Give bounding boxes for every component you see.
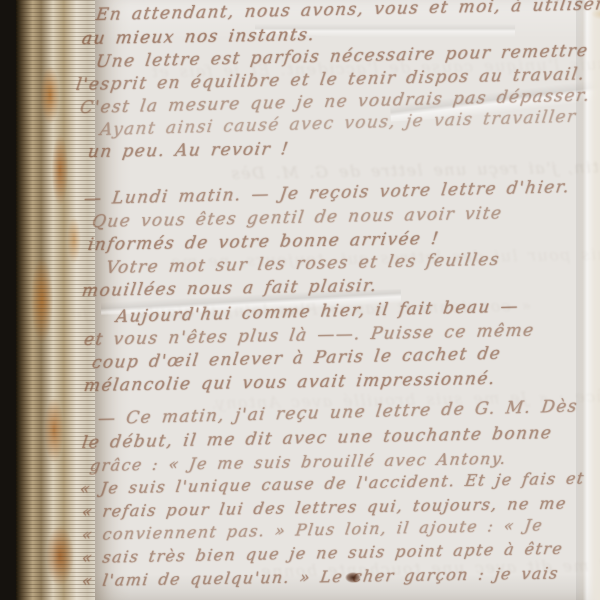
manuscript-line: mouillées nous a fait plaisir. xyxy=(81,276,379,301)
manuscript-line: Que vous êtes gentil de nous avoir vite xyxy=(91,203,504,232)
ink-blot xyxy=(345,572,361,583)
manuscript-line: au mieux nos instants. xyxy=(81,25,317,49)
manuscript-line: un peu. Au revoir ! xyxy=(87,139,291,162)
manuscript-line: mélancolie qui vous avait impressionné. xyxy=(83,369,497,396)
manuscript-line: « l'ami de quelqu'un. » Le cher garçon :… xyxy=(81,563,561,590)
manuscript-text: En attendant, nous avons, vous et moi, à… xyxy=(0,0,600,600)
manuscript-page: — Ce matin, j'ai reçu une lettre de G. M… xyxy=(95,0,600,600)
manuscript-photo: — Ce matin, j'ai reçu une lettre de G. M… xyxy=(0,0,600,600)
manuscript-line: Votre mot sur les roses et les feuilles xyxy=(105,250,502,278)
manuscript-line: En attendant, nous avons, vous et moi, à… xyxy=(95,0,600,25)
manuscript-line: « sais très bien que je ne suis point ap… xyxy=(81,539,565,567)
